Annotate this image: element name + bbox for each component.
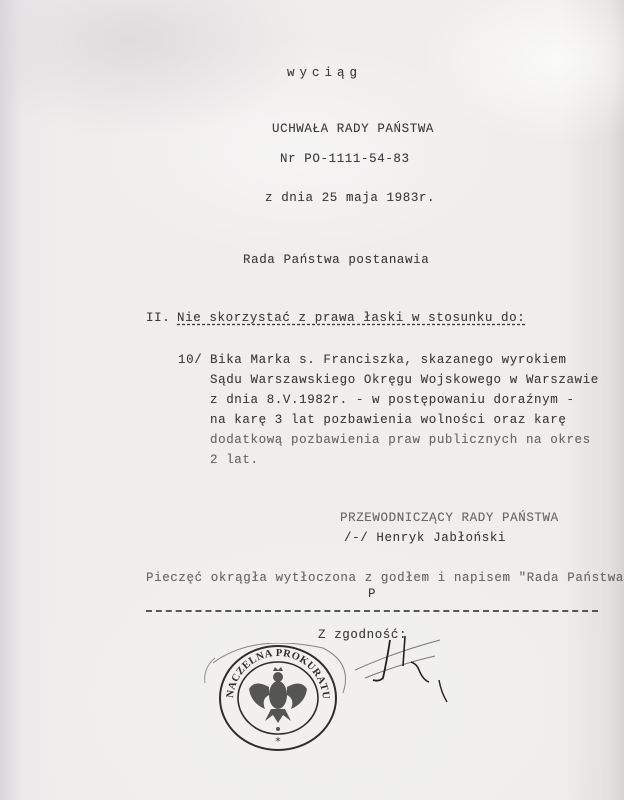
item-line-1: Bika Marka s. Franciszka, skazanego wyro…	[210, 353, 566, 367]
resolution-date: z dnia 25 maja 1983r.	[265, 191, 435, 205]
stamp-star: *	[275, 735, 281, 748]
item-line-3: z dnia 8.V.1982r. - w postępowaniu doraź…	[210, 393, 575, 407]
item-marker: 10/	[178, 353, 202, 367]
section-number: II.	[146, 311, 170, 325]
handwritten-signature	[355, 630, 465, 710]
preamble: Rada Państwa postanawia	[243, 253, 429, 267]
seal-note-mark: P	[368, 587, 376, 601]
header-label: wyciąg	[287, 66, 362, 80]
document-page: wyciąg UCHWAŁA RADY PAŃSTWA Nr PO-1111-5…	[0, 0, 624, 800]
item-line-2: Sądu Warszawskiego Okręgu Wojskowego w W…	[210, 373, 599, 387]
resolution-number: Nr PO-1111-54-83	[280, 152, 410, 166]
item-line-4: na karę 3 lat pozbawienia wolności oraz …	[210, 413, 566, 427]
signatory-title: PRZEWODNICZĄCY RADY PAŃSTWA	[340, 511, 559, 525]
item-line-5: dodatkową pozbawienia praw publicznych n…	[210, 433, 591, 447]
signatory-name: /-/ Henryk Jabłoński	[344, 531, 506, 545]
resolution-title: UCHWAŁA RADY PAŃSTWA	[272, 122, 434, 136]
separator-line	[146, 610, 598, 612]
round-stamp: NACZELNA PROKURATURA WOJSKOWA *	[203, 643, 353, 751]
eagle-emblem-icon	[249, 667, 307, 731]
seal-note: Pieczęć okrągła wytłoczona z godłem i na…	[146, 571, 624, 585]
section-heading: Nie skorzystać z prawa łaski w stosunku …	[177, 311, 525, 325]
item-line-6: 2 lat.	[210, 453, 259, 467]
